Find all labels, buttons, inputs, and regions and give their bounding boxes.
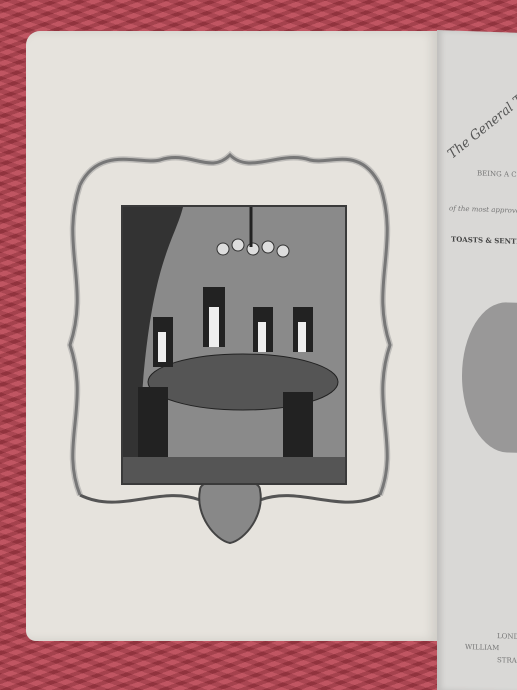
engraving-plate	[121, 205, 347, 485]
subtitle-line-1: BEING A COLLE	[477, 169, 517, 179]
vignette-engraving	[462, 301, 517, 454]
subtitle-line-2: of the most approved and	[449, 204, 517, 215]
shell-ornament	[199, 479, 261, 543]
right-page: The General To BEING A COLLE of the most…	[437, 30, 517, 690]
imprint-line-2: WILLIAM	[465, 643, 499, 652]
subtitle-line-3: TOASTS & SENTI	[451, 234, 517, 245]
imprint-line-1: LONDO	[497, 632, 517, 641]
title-text: The General To	[445, 88, 517, 162]
imprint-line-3: STRA	[497, 656, 517, 665]
